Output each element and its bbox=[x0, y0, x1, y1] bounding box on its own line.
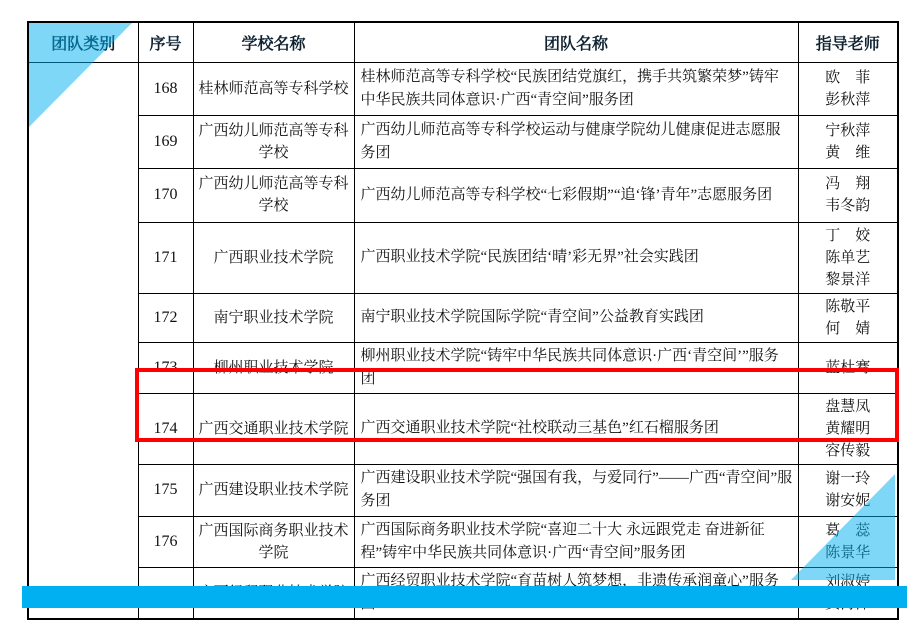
row-school-cell: 广西职业技术学院 bbox=[193, 222, 354, 293]
row-school-cell: 桂林师范高等专科学校 bbox=[193, 62, 354, 115]
row-team-cell: 广西国际商务职业技术学院“喜迎二十大 永远跟党走 奋进新征程”铸牢中华民族共同体… bbox=[354, 516, 798, 567]
row-school-cell: 广西交通职业技术学院 bbox=[193, 393, 354, 464]
row-index-cell: 174 bbox=[138, 393, 193, 464]
row-advisor-cell: 蓝杜骞 bbox=[798, 342, 898, 393]
table-row: 173 柳州职业技术学院 柳州职业技术学院“铸牢中华民族共同体意识·广西‘青空间… bbox=[28, 342, 898, 393]
advisor-name: 陈单艺 bbox=[799, 247, 898, 269]
row-school-cell: 南宁职业技术学院 bbox=[193, 293, 354, 342]
table-row: 175 广西建设职业技术学院 广西建设职业技术学院“强国有我，与爱同行”——广西… bbox=[28, 464, 898, 516]
row-index-cell: 176 bbox=[138, 516, 193, 567]
row-index-cell: 175 bbox=[138, 464, 193, 516]
header-school: 学校名称 bbox=[193, 22, 354, 62]
table-row: 171 广西职业技术学院 广西职业技术学院“民族团结‘晴’彩无界”社会实践团 丁… bbox=[28, 222, 898, 293]
header-index: 序号 bbox=[138, 22, 193, 62]
row-index-cell: 170 bbox=[138, 168, 193, 222]
header-row: 团队类别 序号 学校名称 团队名称 指导老师 bbox=[28, 22, 898, 62]
row-advisor-cell: 盘慧凤黄耀明容传毅 bbox=[798, 393, 898, 464]
row-team-cell: 广西幼儿师范高等专科学校运动与健康学院幼儿健康促进志愿服务团 bbox=[354, 115, 798, 168]
row-advisor-cell: 宁秋萍黄 维 bbox=[798, 115, 898, 168]
team-roster-table: 团队类别 序号 学校名称 团队名称 指导老师 168 桂林师范高等专科学校 桂林… bbox=[27, 21, 899, 620]
advisor-name: 蓝杜骞 bbox=[799, 357, 898, 379]
bottom-accent-bar bbox=[22, 586, 907, 608]
advisor-name: 宁秋萍 bbox=[799, 120, 898, 142]
table-row: 176 广西国际商务职业技术学院 广西国际商务职业技术学院“喜迎二十大 永远跟党… bbox=[28, 516, 898, 567]
advisor-name: 陈景华 bbox=[799, 542, 898, 564]
row-advisor-cell: 丁 姣陈单艺黎景洋 bbox=[798, 222, 898, 293]
row-team-cell: 广西幼儿师范高等专科学校“七彩假期”“追‘锋’青年”志愿服务团 bbox=[354, 168, 798, 222]
row-team-cell: 广西建设职业技术学院“强国有我，与爱同行”——广西“青空间”服务团 bbox=[354, 464, 798, 516]
row-school-cell: 广西幼儿师范高等专科学校 bbox=[193, 115, 354, 168]
row-advisor-cell: 欧 菲彭秋萍 bbox=[798, 62, 898, 115]
header-team: 团队名称 bbox=[354, 22, 798, 62]
category-body-cell bbox=[28, 62, 138, 619]
row-team-cell: 广西职业技术学院“民族团结‘晴’彩无界”社会实践团 bbox=[354, 222, 798, 293]
advisor-name: 韦冬韵 bbox=[799, 195, 898, 217]
advisor-name: 谢一玲 bbox=[799, 468, 898, 490]
table-row: 172 南宁职业技术学院 南宁职业技术学院国际学院“青空间”公益教育实践团 陈敬… bbox=[28, 293, 898, 342]
advisor-name: 葛 蕊 bbox=[799, 520, 898, 542]
table-row: 169 广西幼儿师范高等专科学校 广西幼儿师范高等专科学校运动与健康学院幼儿健康… bbox=[28, 115, 898, 168]
advisor-name: 陈敬平 bbox=[799, 296, 898, 318]
advisor-name: 谢安妮 bbox=[799, 490, 898, 512]
row-school-cell: 广西国际商务职业技术学院 bbox=[193, 516, 354, 567]
header-category: 团队类别 bbox=[28, 22, 138, 62]
row-team-cell: 南宁职业技术学院国际学院“青空间”公益教育实践团 bbox=[354, 293, 798, 342]
row-index-cell: 168 bbox=[138, 62, 193, 115]
advisor-name: 盘慧凤 bbox=[799, 396, 898, 418]
advisor-name: 黄 维 bbox=[799, 142, 898, 164]
row-index-cell: 172 bbox=[138, 293, 193, 342]
advisor-name: 容传毅 bbox=[799, 440, 898, 462]
table-row: 174 广西交通职业技术学院 广西交通职业技术学院“社校联动三基色”红石榴服务团… bbox=[28, 393, 898, 464]
advisor-name: 黎景洋 bbox=[799, 269, 898, 291]
header-advisor: 指导老师 bbox=[798, 22, 898, 62]
advisor-name: 冯 翔 bbox=[799, 173, 898, 195]
advisor-name: 何 婧 bbox=[799, 318, 898, 340]
table-row: 170 广西幼儿师范高等专科学校 广西幼儿师范高等专科学校“七彩假期”“追‘锋’… bbox=[28, 168, 898, 222]
row-advisor-cell: 陈敬平何 婧 bbox=[798, 293, 898, 342]
advisor-name: 彭秋萍 bbox=[799, 89, 898, 111]
row-team-cell: 桂林师范高等专科学校“民族团结党旗红，携手共筑繁荣梦”铸牢中华民族共同体意识·广… bbox=[354, 62, 798, 115]
advisor-name: 黄耀明 bbox=[799, 418, 898, 440]
row-index-cell: 169 bbox=[138, 115, 193, 168]
row-school-cell: 广西建设职业技术学院 bbox=[193, 464, 354, 516]
row-advisor-cell: 谢一玲谢安妮 bbox=[798, 464, 898, 516]
row-index-cell: 171 bbox=[138, 222, 193, 293]
row-index-cell: 173 bbox=[138, 342, 193, 393]
row-school-cell: 柳州职业技术学院 bbox=[193, 342, 354, 393]
row-school-cell: 广西幼儿师范高等专科学校 bbox=[193, 168, 354, 222]
table-row: 168 桂林师范高等专科学校 桂林师范高等专科学校“民族团结党旗红，携手共筑繁荣… bbox=[28, 62, 898, 115]
row-advisor-cell: 葛 蕊陈景华 bbox=[798, 516, 898, 567]
row-team-cell: 广西交通职业技术学院“社校联动三基色”红石榴服务团 bbox=[354, 393, 798, 464]
document-page: 团队类别 序号 学校名称 团队名称 指导老师 168 桂林师范高等专科学校 桂林… bbox=[0, 0, 918, 624]
row-advisor-cell: 冯 翔韦冬韵 bbox=[798, 168, 898, 222]
advisor-name: 欧 菲 bbox=[799, 67, 898, 89]
advisor-name: 丁 姣 bbox=[799, 225, 898, 247]
row-team-cell: 柳州职业技术学院“铸牢中华民族共同体意识·广西‘青空间’”服务团 bbox=[354, 342, 798, 393]
table-body: 168 桂林师范高等专科学校 桂林师范高等专科学校“民族团结党旗红，携手共筑繁荣… bbox=[28, 62, 898, 619]
